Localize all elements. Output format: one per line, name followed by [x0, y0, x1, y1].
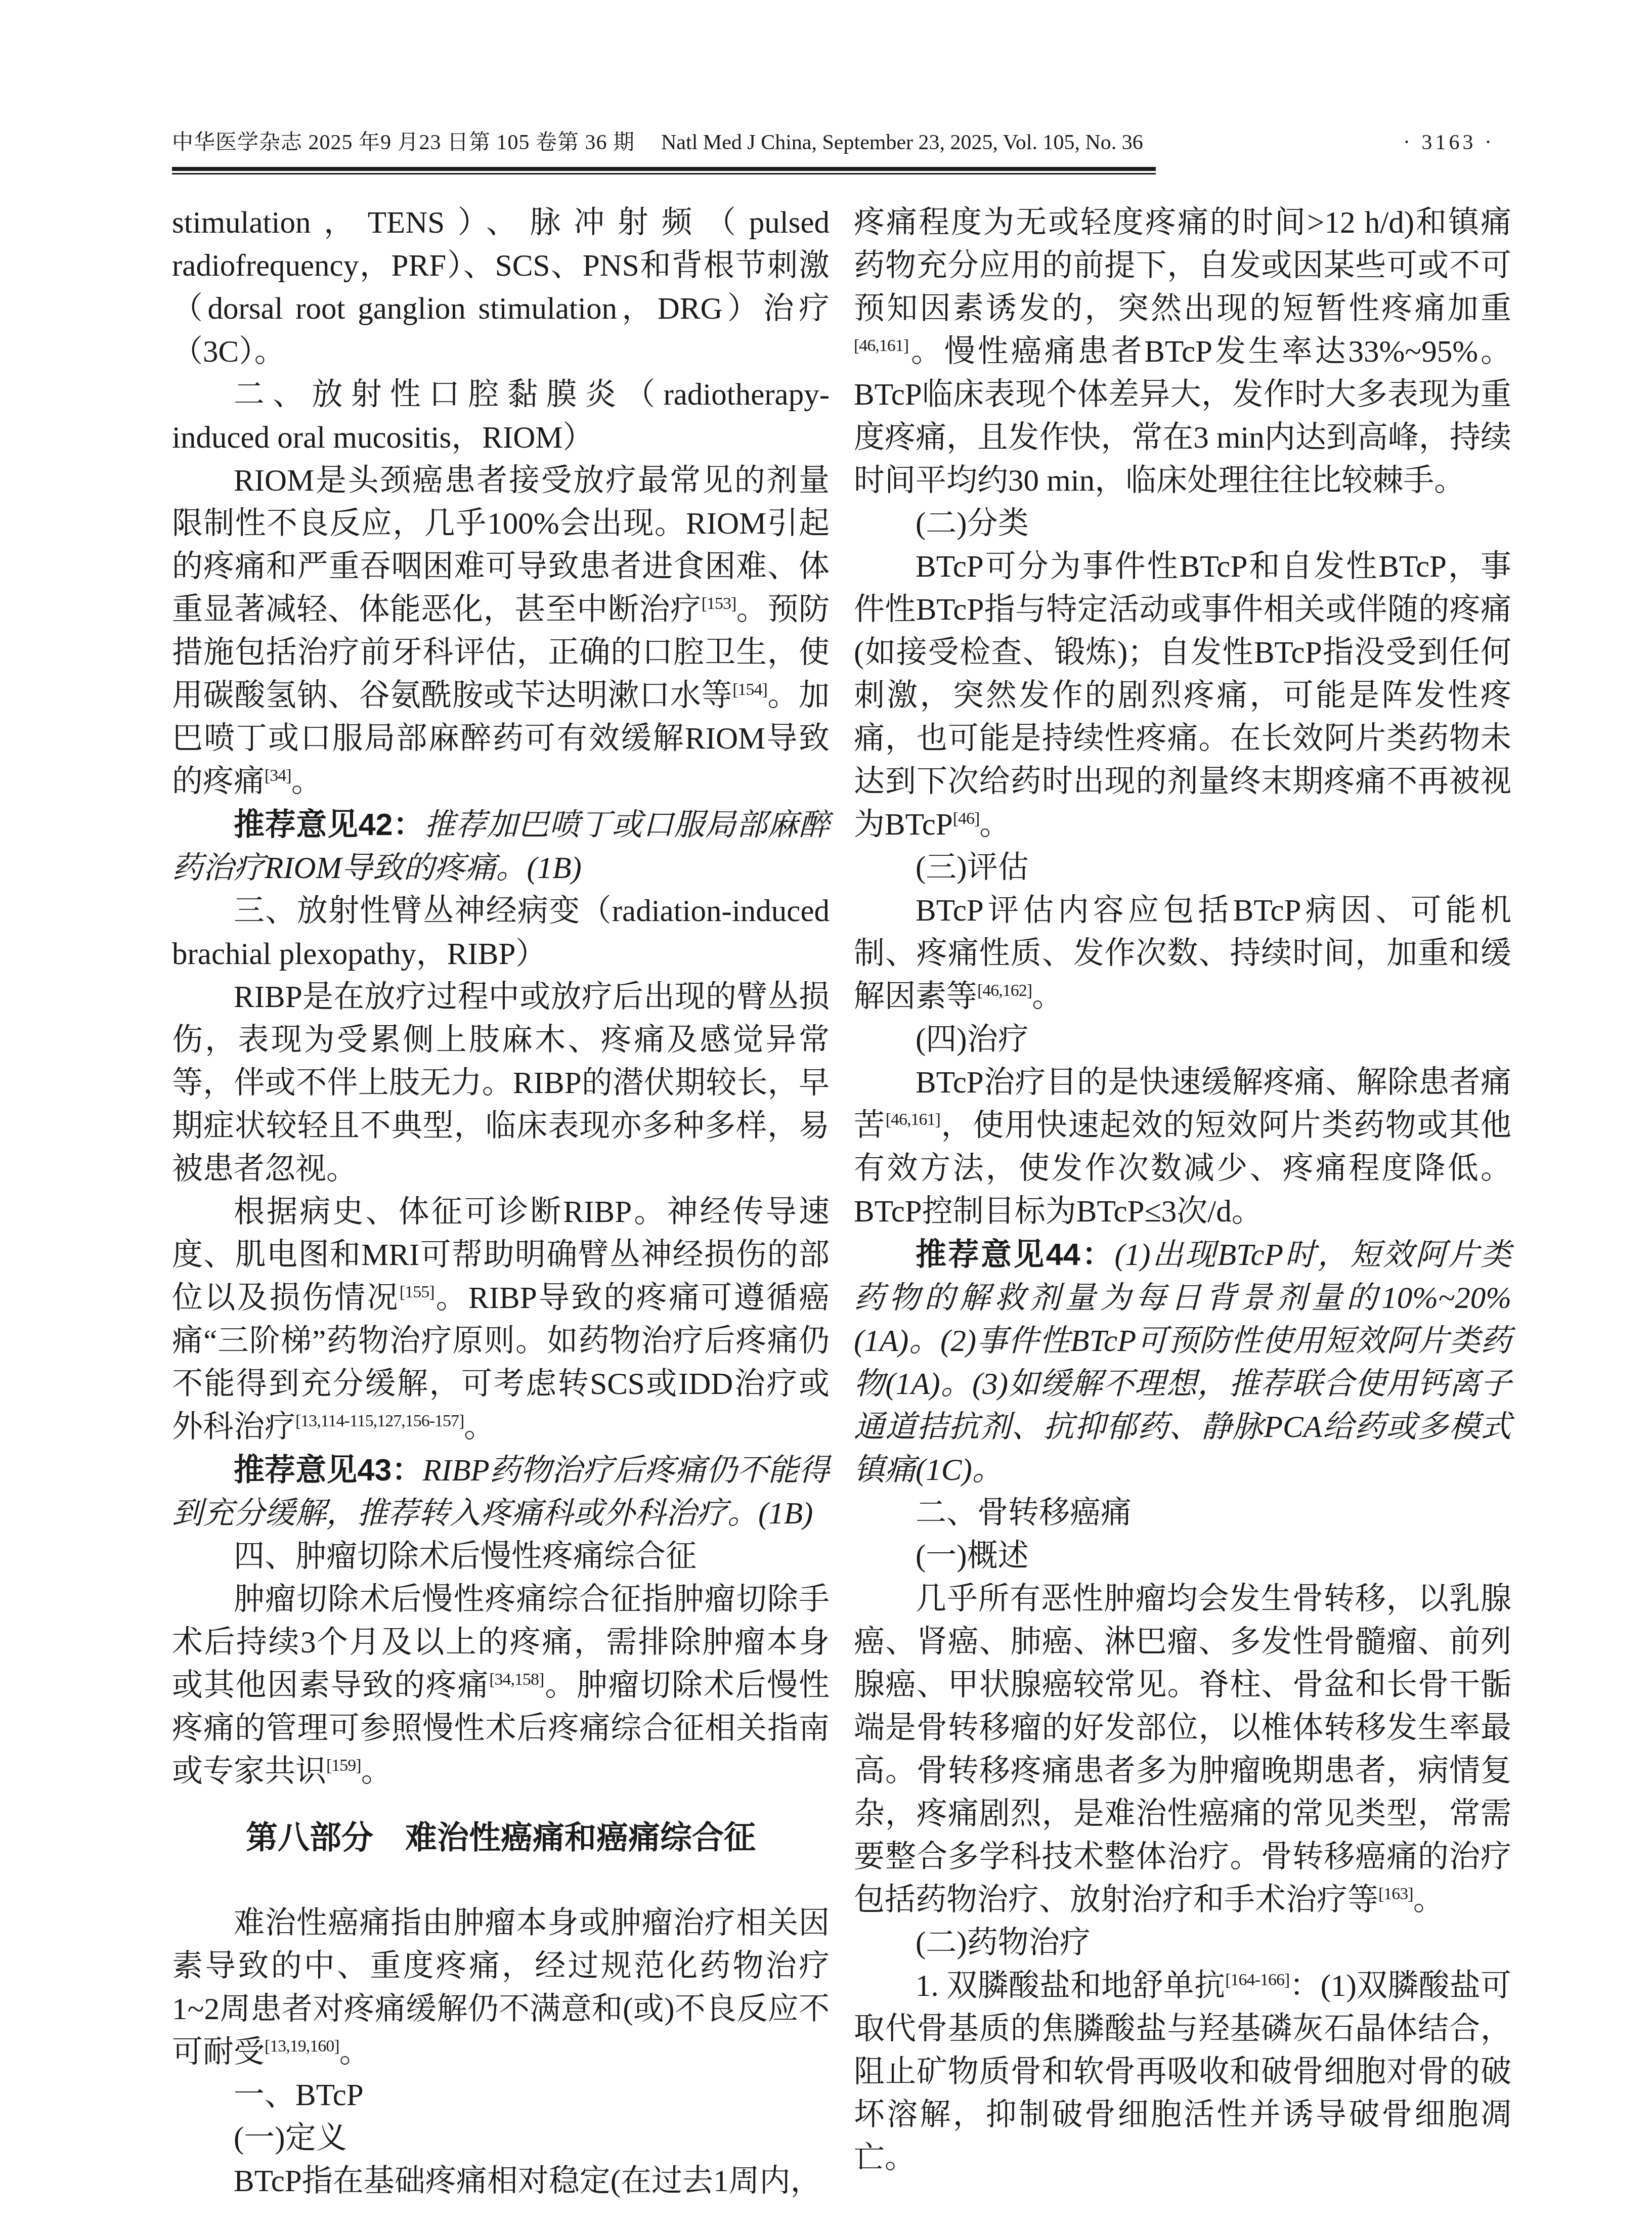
reference-marker: [46,161] — [854, 336, 908, 355]
paragraph: 肿瘤切除术后慢性疼痛综合征指肿瘤切除手术后持续3个月及以上的疼痛，需排除肿瘤本身… — [172, 1578, 830, 1793]
reference-marker: [153] — [702, 594, 736, 613]
subheading: 四、肿瘤切除术后慢性疼痛综合征 — [172, 1535, 830, 1578]
paragraph: RIOM是头颈癌患者接受放疗最常见的剂量限制性不良反应，几乎100%会出现。RI… — [172, 459, 830, 803]
right-column: 疼痛程度为无或轻度疼痛的时间>12 h/d)和镇痛药物充分应用的前提下，自发或因… — [854, 201, 1511, 2179]
recommendation: 推荐意见43：RIBP药物治疗后疼痛仍不能得到充分缓解，推荐转入疼痛科或外科治疗… — [172, 1449, 830, 1535]
reference-marker: [154] — [732, 680, 767, 699]
subheading: 三、放射性臂丛神经病变（radiation-induced brachial p… — [172, 890, 830, 976]
paragraph: BTcP可分为事件性BTcP和自发性BTcP，事件性BTcP指与特定活动或事件相… — [854, 545, 1511, 846]
continuation: stimulation，TENS）、脉冲射频（pulsed radiofrequ… — [172, 201, 830, 373]
page-number: · 3163 · — [1403, 127, 1495, 158]
reference-marker: [13,114-115,127,156-157] — [295, 1412, 464, 1430]
section-heading: 第八部分 难治性癌痛和癌痛综合征 — [172, 1816, 830, 1859]
paragraph: BTcP指在基础疼痛相对稳定(在过去1周内， — [172, 2160, 830, 2203]
paragraph: 1. 双膦酸盐和地舒单抗[164-166]：(1)双膦酸盐可取代骨基质的焦膦酸盐… — [854, 1965, 1511, 2179]
paragraph: BTcP治疗目的是快速缓解疼痛、解除患者痛苦[46,161]，使用快速起效的短效… — [854, 1061, 1511, 1233]
reference-marker: [46,161] — [886, 1110, 940, 1129]
subheading: (四)治疗 — [854, 1018, 1511, 1061]
recommendation: 推荐意见44：(1)出现BTcP时，短效阿片类药物的解救剂量为每日背景剂量的10… — [854, 1233, 1511, 1492]
subheading: 一、BTcP — [172, 2074, 830, 2117]
reference-marker: [164-166] — [1225, 1971, 1289, 1989]
paragraph: 难治性癌痛指由肿瘤本身或肿瘤治疗相关因素导致的中、重度疼痛，经过规范化药物治疗1… — [172, 1902, 830, 2074]
subheading: 二、骨转移癌痛 — [854, 1492, 1511, 1535]
subheading: (二)药物治疗 — [854, 1922, 1511, 1965]
header-rule — [172, 167, 1156, 174]
journal-title-en: Natl Med J China, September 23, 2025, Vo… — [661, 127, 1143, 158]
running-head: 中华医学杂志 2025 年9 月23 日第 105 卷第 36 期 Natl M… — [172, 127, 1495, 158]
reference-marker: [163] — [1378, 1885, 1413, 1903]
recommendation-text: (1)出现BTcP时，短效阿片类药物的解救剂量为每日背景剂量的10%~20%(1… — [854, 1238, 1511, 1487]
reference-marker: [34,158] — [489, 1670, 544, 1689]
reference-marker: [46,162] — [977, 981, 1032, 1000]
reference-marker: [46] — [953, 809, 980, 828]
paragraph: 根据病史、体征可诊断RIBP。神经传导速度、肌电图和MRI可帮助明确臂丛神经损伤… — [172, 1191, 830, 1449]
left-column: stimulation，TENS）、脉冲射频（pulsed radiofrequ… — [172, 201, 830, 2203]
recommendation-label: 推荐意见44： — [916, 1237, 1115, 1272]
paragraph: BTcP评估内容应包括BTcP病因、可能机制、疼痛性质、发作次数、持续时间，加重… — [854, 889, 1511, 1018]
subheading: (二)分类 — [854, 502, 1511, 545]
continuation: 疼痛程度为无或轻度疼痛的时间>12 h/d)和镇痛药物充分应用的前提下，自发或因… — [854, 201, 1511, 502]
recommendation-label: 推荐意见43： — [234, 1453, 423, 1487]
paragraph: 几乎所有恶性肿瘤均会发生骨转移，以乳腺癌、肾癌、肺癌、淋巴瘤、多发性骨髓瘤、前列… — [854, 1578, 1511, 1922]
recommendation-label: 推荐意见42： — [234, 807, 424, 842]
reference-marker: [155] — [400, 1283, 434, 1301]
journal-title-cn: 中华医学杂志 2025 年9 月23 日第 105 卷第 36 期 — [172, 127, 635, 158]
subheading: 二、放射性口腔黏膜炎（radiotherapy-induced oral muc… — [172, 373, 830, 459]
reference-marker: [159] — [326, 1756, 361, 1775]
journal-page: 中华医学杂志 2025 年9 月23 日第 105 卷第 36 期 Natl M… — [0, 0, 1652, 2225]
recommendation: 推荐意见42：推荐加巴喷丁或口服局部麻醉药治疗RIOM导致的疼痛。(1B) — [172, 803, 830, 890]
subheading: (三)评估 — [854, 846, 1511, 889]
subheading: (一)定义 — [172, 2117, 830, 2160]
subheading: (一)概述 — [854, 1535, 1511, 1578]
paragraph: RIBP是在放疗过程中或放疗后出现的臂丛损伤，表现为受累侧上肢麻木、疼痛及感觉异… — [172, 976, 830, 1191]
reference-marker: [13,19,160] — [265, 2037, 339, 2056]
reference-marker: [34] — [265, 766, 291, 785]
